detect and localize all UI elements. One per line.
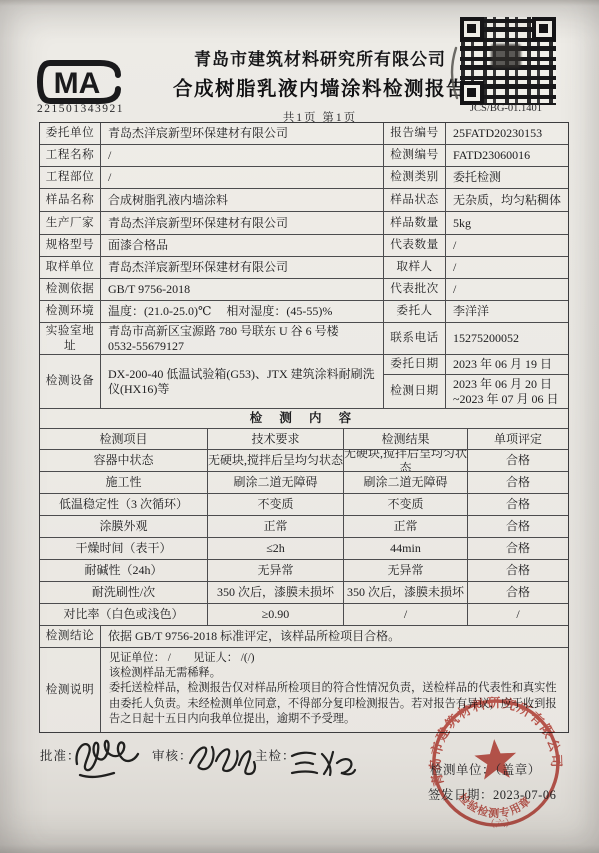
content-section-title: 检 测 内 容 [40, 409, 568, 429]
info-label: 代表数量 [384, 235, 446, 257]
info-label: 规格型号 [40, 235, 101, 257]
info-value: 25FATD20230153 [446, 123, 568, 145]
info-label: 样品名称 [40, 189, 101, 212]
info-label: 委托单位 [40, 123, 101, 145]
info-label: 报告编号 [384, 123, 446, 145]
content-cell: / [468, 604, 568, 626]
content-cell: 干燥时间（表干） [40, 538, 208, 560]
info-label: 检测类别 [384, 167, 446, 189]
pen-mark-icon [446, 44, 464, 102]
content-table: 检测项目 技术要求 检测结果 单项评定 容器中状态 无硬块,搅拌后呈均匀状态 无… [40, 429, 568, 626]
info-value: 合成树脂乳液内墙涂料 [101, 189, 384, 212]
content-header: 检测结果 [344, 429, 468, 450]
qr-code [457, 14, 559, 108]
content-cell: 合格 [468, 494, 568, 516]
info-value: 温度：(21.0-25.0)℃ 相对湿度：(45-55)% [101, 301, 384, 323]
notes-label: 检测说明 [40, 648, 101, 732]
info-value: GB/T 9756-2018 [101, 279, 384, 301]
info-label: 检测环境 [40, 301, 101, 323]
conclusion-label: 检测结论 [40, 626, 101, 648]
content-header: 技术要求 [208, 429, 344, 450]
content-cell: 容器中状态 [40, 450, 208, 472]
issue-date: 签发日期：2023-07-06 [428, 785, 556, 803]
qr-finder-icon [532, 17, 556, 41]
info-label: 检测设备 [40, 355, 101, 409]
content-cell: 刷涂二道无障碍 [208, 472, 344, 494]
info-value: / [446, 257, 568, 279]
info-label: 工程部位 [40, 167, 101, 189]
info-value: / [101, 145, 384, 167]
content-cell: 无硬块,搅拌后呈均匀状态 [208, 450, 344, 472]
info-table: 委托单位 青岛杰洋宸新型环保建材有限公司 报告编号 25FATD20230153… [40, 123, 568, 355]
doc-code: JCS/BG-01.1401 [448, 103, 564, 114]
info-label: 委托日期 [384, 355, 446, 375]
notes-line: 该检测样品无需稀释。 [109, 666, 560, 681]
info-value: 李洋洋 [446, 301, 568, 323]
content-cell: 合格 [468, 472, 568, 494]
info-label: 检测编号 [384, 145, 446, 167]
info-label: 委托人 [384, 301, 446, 323]
content-cell: ≤2h [208, 538, 344, 560]
info-label: 联系电话 [384, 323, 446, 355]
content-cell: 低温稳定性（3 次循环） [40, 494, 208, 516]
info-label: 检测依据 [40, 279, 101, 301]
info-value: / [446, 279, 568, 301]
info-value: DX-200-40 低温试验箱(G53)、JTX 建筑涂料耐刷洗仪(HX16)等 [101, 355, 384, 409]
review-signature [185, 736, 257, 782]
content-cell: 涂膜外观 [40, 516, 208, 538]
content-cell: 合格 [468, 450, 568, 472]
info-value: 青岛杰洋宸新型环保建材有限公司 [101, 212, 384, 235]
content-cell: 合格 [468, 582, 568, 604]
content-section: 检 测 内 容 [40, 409, 568, 429]
info-label: 工程名称 [40, 145, 101, 167]
content-cell: 正常 [208, 516, 344, 538]
content-cell: 对比率（白色或浅色） [40, 604, 208, 626]
info-value: 15275200052 [446, 323, 568, 355]
info-label: 代表批次 [384, 279, 446, 301]
info-value: 2023 年 06 月 20 日~2023 年 07 月 06 日 [446, 375, 568, 409]
qr-center-smudge [491, 44, 521, 68]
content-cell: 合格 [468, 538, 568, 560]
content-cell: ≥0.90 [208, 604, 344, 626]
info-label: 样品状态 [384, 189, 446, 212]
content-header: 检测项目 [40, 429, 208, 450]
info-value: 5kg [446, 212, 568, 235]
info-label: 样品数量 [384, 212, 446, 235]
info-value: 委托检测 [446, 167, 568, 189]
conclusion-row: 检测结论 依据 GB/T 9756-2018 标准评定，该样品所检项目合格。 [40, 626, 568, 648]
content-cell: 44min [344, 538, 468, 560]
stamp-sub-text: （六） [485, 817, 516, 831]
info-value: / [446, 235, 568, 257]
info-label: 检测日期 [384, 375, 446, 409]
report-table: 委托单位 青岛杰洋宸新型环保建材有限公司 报告编号 25FATD20230153… [39, 122, 569, 733]
info-label: 取样单位 [40, 257, 101, 279]
info-value: / [101, 167, 384, 189]
content-cell: 刷涂二道无障碍 [344, 472, 468, 494]
content-cell: 不变质 [208, 494, 344, 516]
qr-finder-icon [460, 17, 484, 41]
cma-logo: MA [36, 60, 122, 104]
info-value: 青岛市高新区宝源路 780 号联东 U 谷 6 号楼 0532-55679127 [101, 323, 384, 355]
content-cell: 无硬块,搅拌后呈均匀状态 [344, 450, 468, 472]
content-cell: 350 次后，漆膜未损坏 [344, 582, 468, 604]
content-cell: 耐碱性（24h） [40, 560, 208, 582]
info-value: FATD23060016 [446, 145, 568, 167]
content-header: 单项评定 [468, 429, 568, 450]
cma-number: 221501343921 [37, 103, 124, 115]
conclusion-text: 依据 GB/T 9756-2018 标准评定，该样品所检项目合格。 [101, 626, 568, 648]
info-value: 无杂质，均匀粘稠体 [446, 189, 568, 212]
content-cell: 350 次后，漆膜未损坏 [208, 582, 344, 604]
content-cell: 无异常 [344, 560, 468, 582]
cma-letters: MA [54, 67, 101, 100]
content-cell: / [344, 604, 468, 626]
content-cell: 不变质 [344, 494, 468, 516]
info-label: 取样人 [384, 257, 446, 279]
content-cell: 正常 [344, 516, 468, 538]
content-cell: 无异常 [208, 560, 344, 582]
info-label: 生产厂家 [40, 212, 101, 235]
info-label: 实验室地址 [40, 323, 101, 355]
seal-caption: 检测单位：（盖章） [430, 760, 541, 778]
content-cell: 合格 [468, 516, 568, 538]
info-value: 青岛杰洋宸新型环保建材有限公司 [101, 257, 384, 279]
info-value: 面漆合格品 [101, 235, 384, 257]
content-cell: 合格 [468, 560, 568, 582]
content-cell: 施工性 [40, 472, 208, 494]
equipment-row: 检测设备 DX-200-40 低温试验箱(G53)、JTX 建筑涂料耐刷洗仪(H… [40, 355, 568, 409]
info-value: 青岛杰洋宸新型环保建材有限公司 [101, 123, 384, 145]
info-value: 2023 年 06 月 19 日 [446, 355, 568, 375]
content-cell: 耐洗刷性/次 [40, 582, 208, 604]
chief-signature [288, 740, 358, 782]
approve-signature [70, 732, 142, 784]
notes-line: 见证单位： / 见证人： /(/) [109, 651, 560, 666]
